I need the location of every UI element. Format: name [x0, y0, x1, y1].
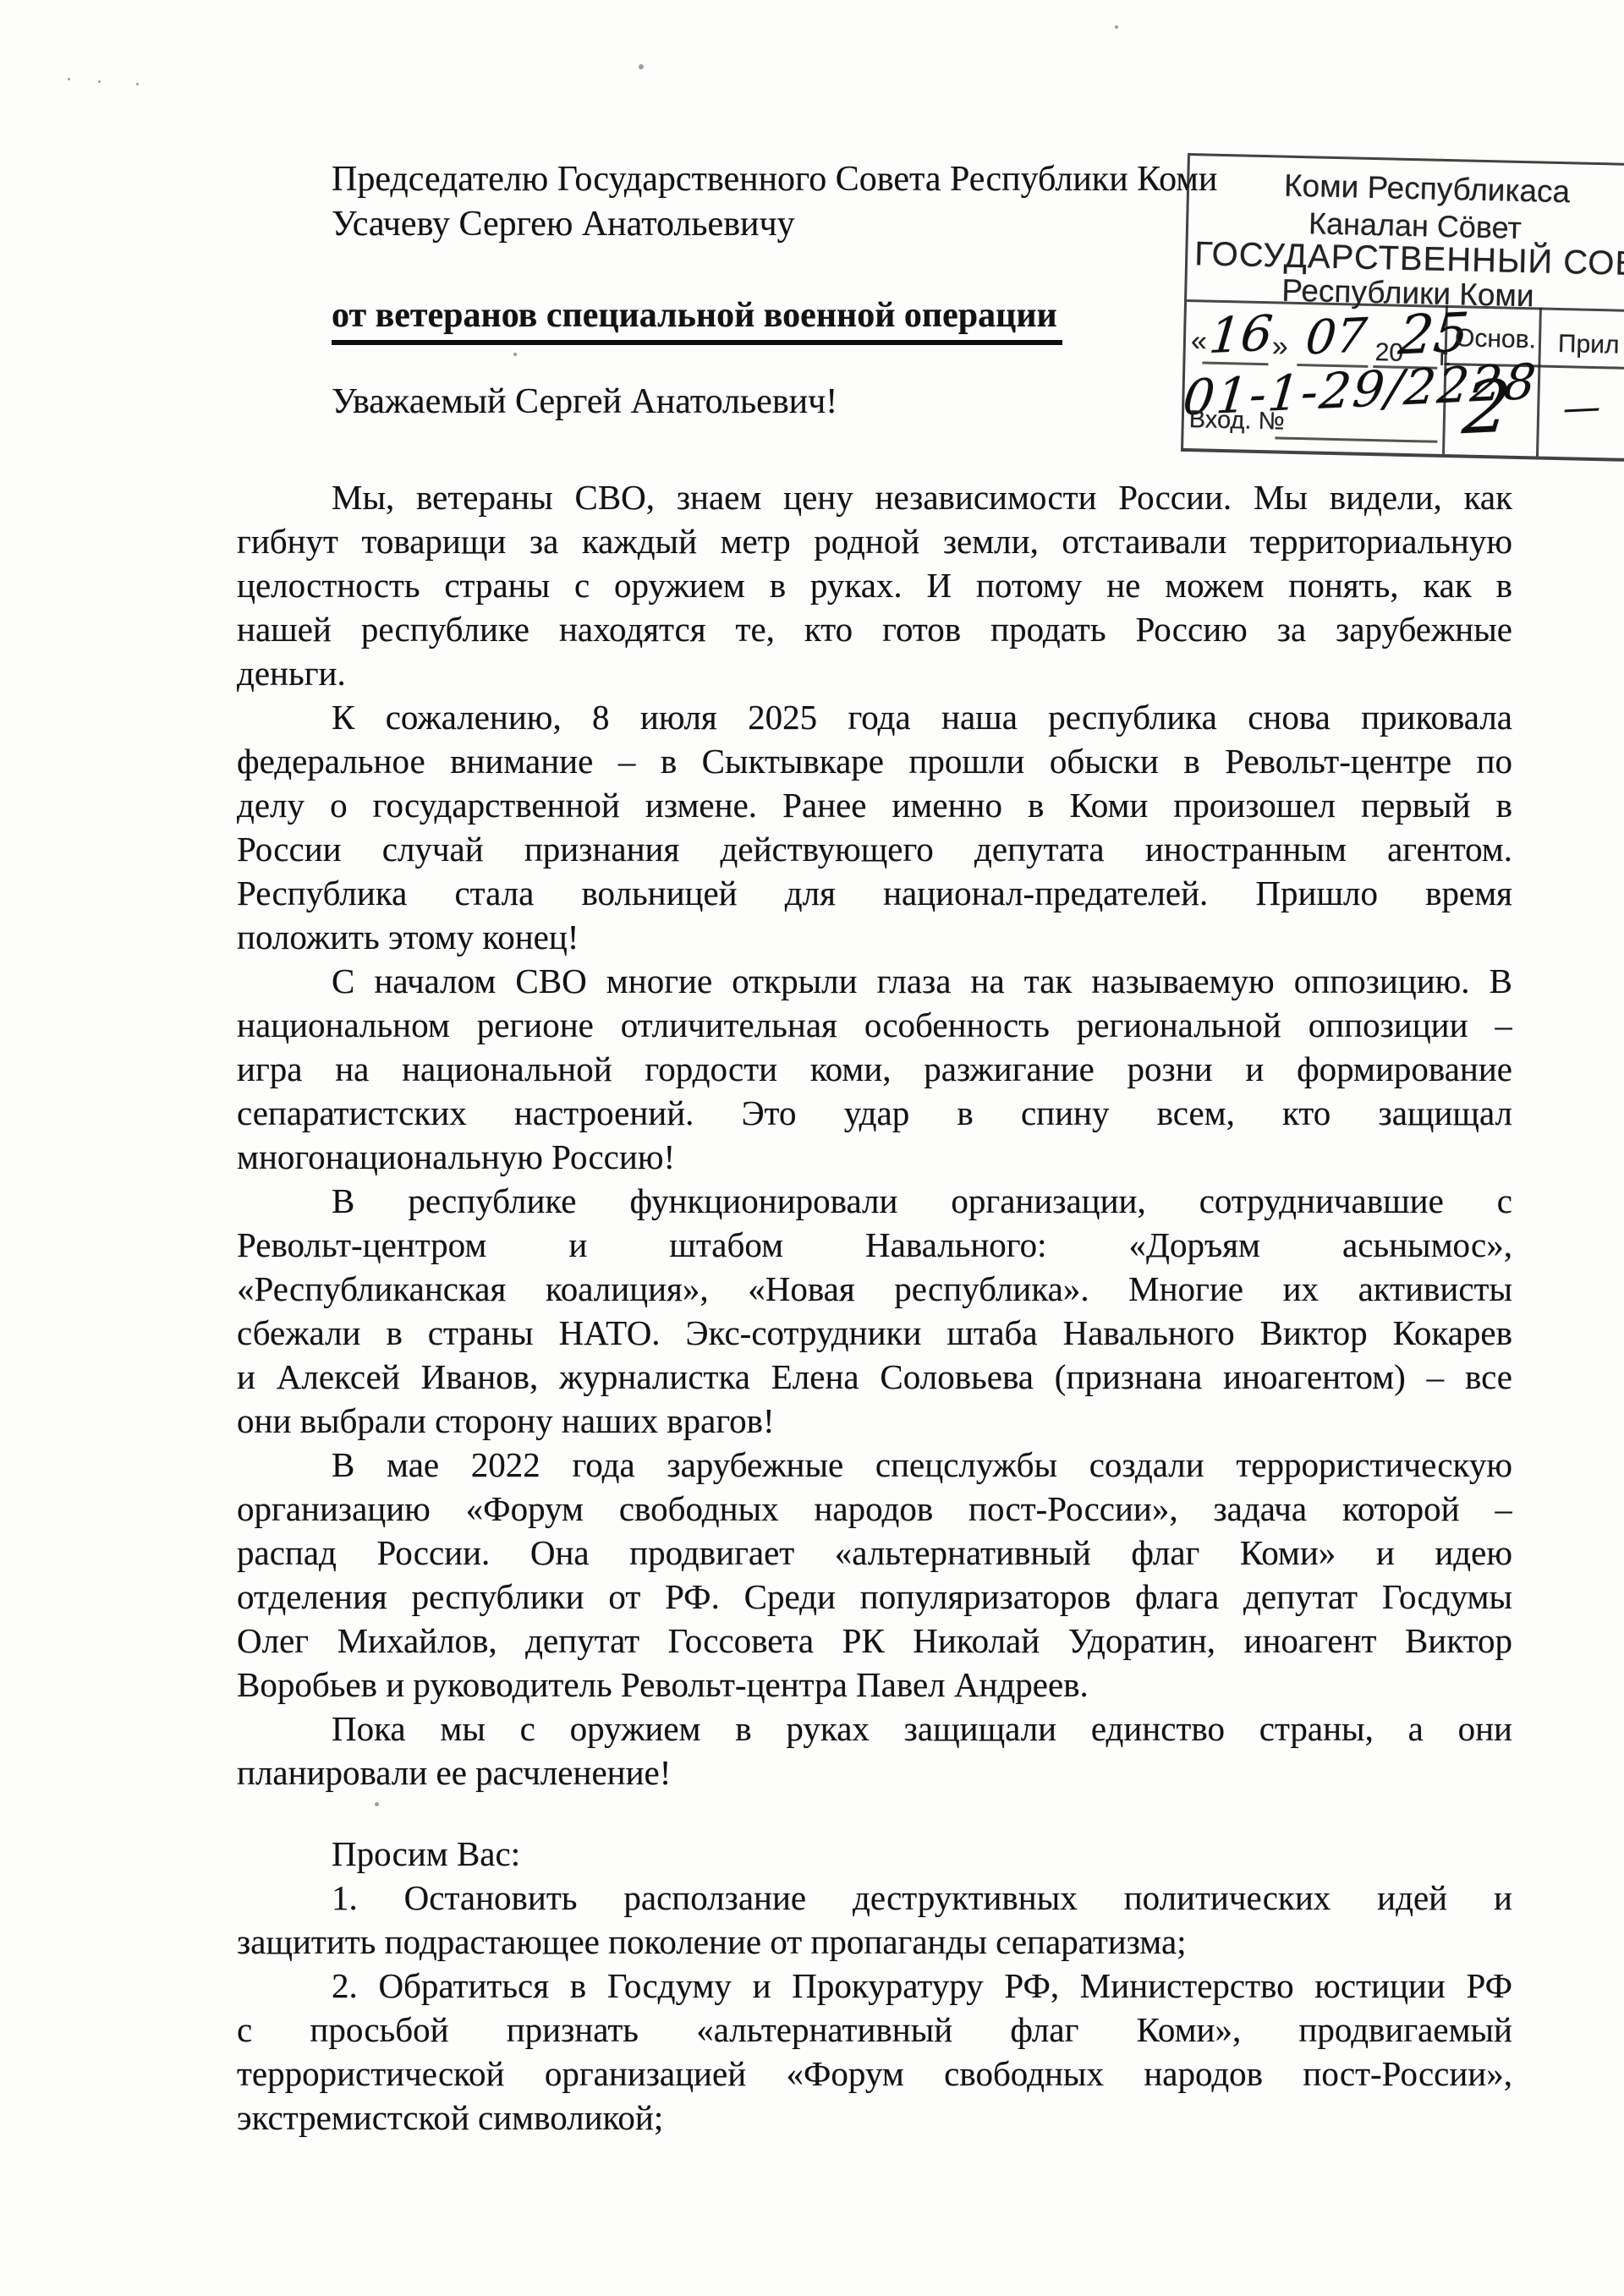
letter-line: деньги. [237, 651, 1512, 695]
subject-line: от ветеранов специальной военной операци… [332, 295, 1062, 345]
scan-speck [136, 83, 139, 85]
letter-line: с просьбой признать «альтернативный флаг… [237, 2008, 1512, 2052]
letter-line: положить этому конец! [237, 915, 1512, 959]
paragraph-gap [237, 1795, 1512, 1832]
stamp-pril-value-handwritten: — [1561, 386, 1603, 430]
stamp-date-open-quote: « [1191, 325, 1208, 358]
recipient-line-1: Председателю Государственного Совета Рес… [332, 157, 1217, 202]
stamp-org-komi-line1: Коми Республикаса [1284, 168, 1571, 211]
registration-stamp: Коми Республикаса Каналан Сöвет ГОСУДАРС… [1181, 153, 1624, 463]
letter-line: защитить подрастающее поколение от пропа… [237, 1920, 1512, 1964]
stamp-incoming-number-label: Вход. № [1188, 406, 1285, 436]
stamp-date-month-handwritten: 07 [1303, 309, 1369, 366]
letter-line: нашей республике находятся те, кто готов… [237, 607, 1512, 651]
letter-line: Республика стала вольницей для национал-… [237, 871, 1512, 915]
letter-line: С началом СВО многие открыли глаза на та… [237, 959, 1512, 1003]
letter-line: В республике функционировали организации… [237, 1179, 1512, 1223]
letter-body: Мы, ветераны СВО, знаем цену независимос… [237, 475, 1512, 2140]
letter-line: В мае 2022 года зарубежные спецслужбы со… [237, 1443, 1512, 1487]
stamp-incoming-number-underline [1275, 436, 1437, 442]
letter-line: федеральное внимание – в Сыктывкаре прош… [237, 739, 1512, 783]
letter-line: организацию «Форум свободных народов пос… [237, 1487, 1512, 1531]
scan-speck [513, 353, 517, 356]
scanned-letter-page: Председателю Государственного Совета Рес… [0, 0, 1624, 2296]
recipient-line-2: Усачеву Сергею Анатольевичу [332, 202, 1217, 247]
letter-line: Олег Михайлов, депутат Госсовета РК Нико… [237, 1619, 1512, 1663]
letter-line: они выбрали сторону наших врагов! [237, 1399, 1512, 1443]
stamp-date-day-underline [1202, 361, 1268, 365]
letter-line: гибнут товарищи за каждый метр родной зе… [237, 519, 1512, 563]
scan-speck [1115, 25, 1118, 29]
letter-line: делу о государственной измене. Ранее име… [237, 783, 1512, 827]
letter-line: игра на национальной гордости коми, разж… [237, 1047, 1512, 1091]
letter-line: Пока мы с оружием в руках защищали единс… [237, 1707, 1512, 1751]
letter-line: К сожалению, 8 июля 2025 года наша респу… [237, 695, 1512, 739]
stamp-date-close-quote: » [1271, 330, 1288, 363]
salutation: Уважаемый Сергей Анатольевич! [332, 380, 837, 424]
letter-line: и Алексей Иванов, журналистка Елена Соло… [237, 1355, 1512, 1399]
letter-line: отделения республики от РФ. Среди популя… [237, 1575, 1512, 1619]
recipient-block: Председателю Государственного Совета Рес… [332, 157, 1217, 247]
scan-speck [639, 64, 644, 69]
scan-speck [375, 1802, 379, 1806]
letter-line: террористической организацией «Форум сво… [237, 2052, 1512, 2096]
stamp-column-osnov-label: Основ. [1455, 324, 1537, 354]
letter-line: Воробьев и руководитель Револьт-центра П… [237, 1663, 1512, 1707]
letter-line: 1. Остановить расползание деструктивных … [237, 1876, 1512, 1920]
stamp-date-day-handwritten: 16 [1207, 304, 1276, 364]
letter-line: 2. Обратиться в Госдуму и Прокуратуру РФ… [237, 1964, 1512, 2008]
scan-speck [68, 78, 70, 80]
letter-line: планировали ее расчленение! [237, 1751, 1512, 1795]
letter-line: Мы, ветераны СВО, знаем цену независимос… [237, 475, 1512, 519]
stamp-osnov-value-handwritten: 2 [1459, 364, 1513, 451]
letter-line: Просим Вас: [237, 1832, 1512, 1876]
letter-line: сбежали в страны НАТО. Экс-сотрудники шт… [237, 1311, 1512, 1355]
scan-speck [488, 1782, 491, 1785]
stamp-column-pril-label: Прил [1558, 330, 1620, 360]
letter-line: сепаратистских настроений. Это удар в сп… [237, 1091, 1512, 1135]
letter-line: России случай признания действующего деп… [237, 827, 1512, 871]
letter-line: многонациональную Россию! [237, 1135, 1512, 1179]
letter-line: распад России. Она продвигает «альтернат… [237, 1531, 1512, 1575]
scan-speck [98, 80, 101, 83]
letter-line: «Республиканская коалиция», «Новая респу… [237, 1267, 1512, 1311]
letter-line: национальном регионе отличительная особе… [237, 1003, 1512, 1047]
letter-line: экстремистской символикой; [237, 2096, 1512, 2140]
letter-line: Револьт-центром и штабом Навального: «До… [237, 1223, 1512, 1267]
letter-line: целостность страны с оружием в руках. И … [237, 563, 1512, 607]
